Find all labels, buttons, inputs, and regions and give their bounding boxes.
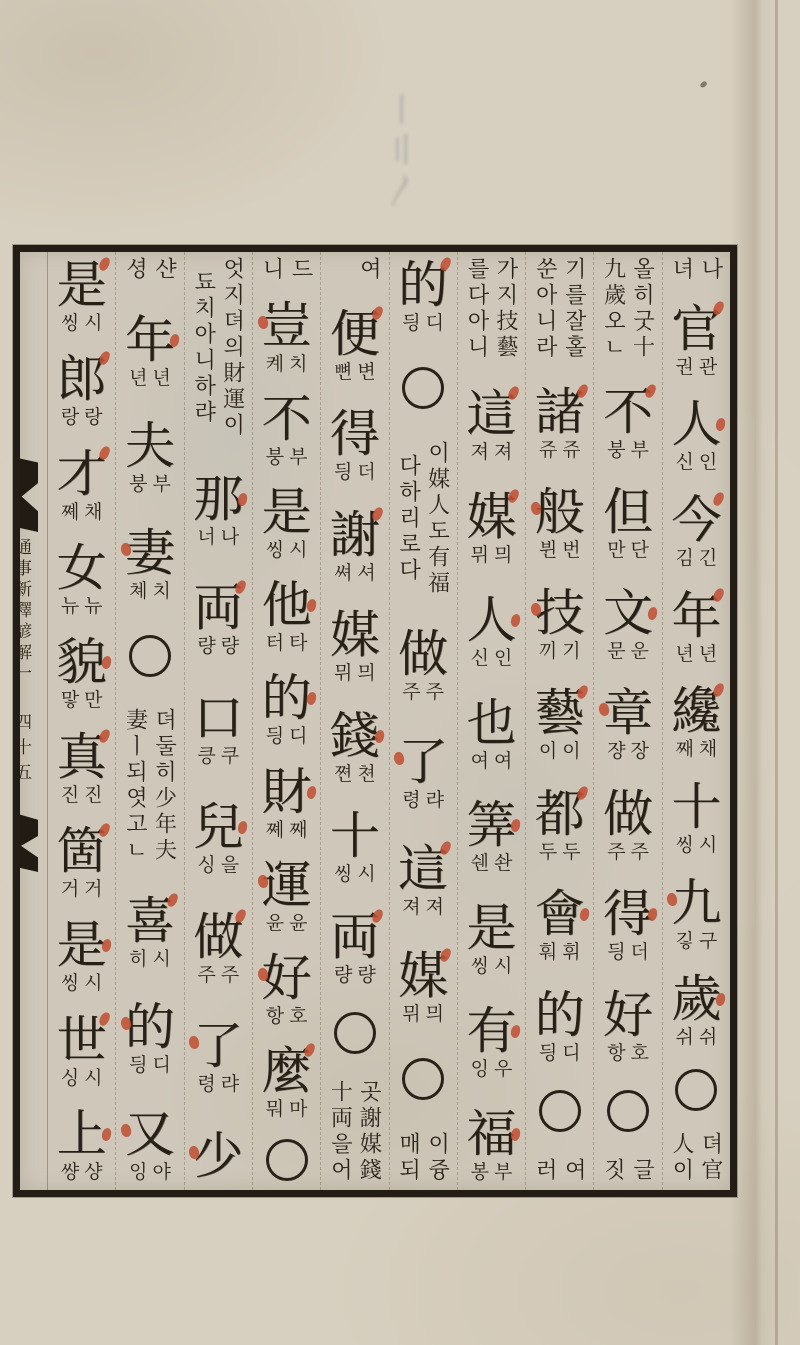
gloss-right: 더: [357, 462, 375, 484]
hanja-char: 得: [330, 406, 380, 462]
page-edge-line: [775, 0, 778, 1345]
hanja-with-gloss: 喜히시: [125, 893, 175, 971]
hangul-gloss-pair: 뉴뉴: [61, 596, 103, 618]
hangul-gloss-pair: 뷘번: [539, 540, 581, 562]
hanja-with-gloss: 章쟝장: [603, 685, 653, 763]
hanja-char: 歲: [671, 971, 721, 1027]
hangul-gloss-pair: 령랴: [197, 1074, 239, 1096]
gloss-left: 뮈: [334, 663, 352, 685]
hanja-with-gloss: 箇거거: [57, 823, 107, 901]
gloss-left: 킁: [197, 746, 215, 768]
hanja-with-gloss: 的딍디: [398, 257, 448, 335]
gloss-left: 쳬: [129, 581, 147, 603]
hangul-gloss-pair: 킁쿠: [197, 746, 239, 768]
gloss-left: 딍: [129, 1055, 147, 1077]
hangul-gloss-pair: 맣만: [61, 690, 103, 712]
gloss-left: 년: [129, 368, 147, 390]
hanja-char: 是: [262, 484, 312, 540]
hanja-char: 便: [330, 306, 380, 362]
gloss-right: 을: [221, 855, 239, 877]
hanja-char: 兒: [193, 799, 243, 855]
gloss-right: 만: [84, 690, 102, 712]
hangul-gloss-pair: 문운: [607, 641, 649, 663]
text-column-4: 를다아니가지技藝這져져媒뮈믜人신인也여여筭쉔솬是씽시有잉우福봉부: [458, 252, 526, 1190]
hanja-with-gloss: 但만단: [603, 484, 653, 562]
hangul-gloss-pair: 항호: [266, 1006, 308, 1028]
hanja-with-gloss: 有잉우: [466, 1003, 516, 1081]
hangul-gloss-pair: 깋구: [675, 931, 717, 953]
hanja-char: 做: [193, 909, 243, 965]
gloss-left: 훠: [539, 942, 557, 964]
gloss-left: 항: [607, 1043, 625, 1065]
hanja-with-gloss: 好항호: [262, 950, 312, 1028]
hanja-char: 文: [603, 585, 653, 641]
gloss-right: 채: [699, 739, 717, 761]
hangul-gloss-pair: 김긴: [675, 548, 717, 570]
gloss-left: 윤: [266, 913, 284, 935]
hanja-with-gloss: 財쪠째: [262, 764, 312, 842]
gloss-left: 뷘: [539, 540, 557, 562]
hangul-gloss-pair: 져져: [402, 897, 444, 919]
gloss-right: 주: [221, 965, 239, 987]
hangul-gloss-pair: 훠휘: [539, 942, 581, 964]
gloss-right: 시: [289, 540, 307, 562]
gloss-left: 붕: [129, 474, 147, 496]
hanja-char: 又: [125, 1106, 175, 1162]
hanja-with-gloss: 文문운: [603, 585, 653, 663]
section-circle-separator: [539, 1090, 581, 1132]
hanja-char: 的: [125, 999, 175, 1055]
gloss-right: 디: [152, 1055, 170, 1077]
gloss-right: 호: [289, 1006, 307, 1028]
gloss-right: 믜: [357, 663, 375, 685]
gloss-left: 주: [402, 682, 420, 704]
hanja-char: 不: [603, 384, 653, 440]
hanja-char: 両: [193, 580, 243, 636]
hangul-gloss-pair: 씽시: [61, 973, 103, 995]
hanja-with-gloss: 這져져: [466, 386, 516, 464]
translation-left-line: 니: [259, 257, 285, 283]
gloss-left: 맣: [61, 690, 79, 712]
hanja-with-gloss: 世싱시: [57, 1012, 107, 1090]
hanja-char: 郎: [57, 351, 107, 407]
text-column-8: 됴치아니하랴엇지뎌의財運이那너나両량량口킁쿠兒싱을做주주了령랴少: [185, 252, 253, 1190]
hangul-gloss-pair: 잉야: [129, 1162, 171, 1184]
gloss-left: 뮈: [402, 1004, 420, 1026]
hanja-char: 年: [671, 588, 721, 644]
gloss-right: 진: [84, 785, 102, 807]
hanja-with-gloss: 今김긴: [671, 492, 721, 570]
printed-text-frame: 通事新釋諺解一 四十五 녀나官권관人신인今김긴年년년纔째채十씽시九깋구歲쉬쉬人이…: [13, 245, 737, 1197]
hangul-gloss-pair: 쉔솬: [471, 853, 513, 875]
hanja-with-gloss: 官권관: [671, 301, 721, 379]
gloss-right: 인: [494, 648, 512, 670]
gloss-right: 여: [494, 751, 512, 773]
gloss-right: 장: [631, 741, 649, 763]
gloss-left: 량: [197, 636, 215, 658]
gloss-left: 주: [197, 965, 215, 987]
hangul-gloss-pair: 진진: [61, 785, 103, 807]
hanja-char: 両: [330, 909, 380, 965]
hangul-gloss-pair: 뮈믜: [402, 1004, 444, 1026]
gloss-right: 년: [699, 644, 717, 666]
hanja-char: 那: [193, 471, 243, 527]
hangul-gloss-pair: 끼기: [539, 641, 581, 663]
translation-text: 러여: [532, 1158, 587, 1184]
gloss-left: 져: [471, 442, 489, 464]
gloss-left: 쟝: [607, 741, 625, 763]
text-column-10: 是씽시郎랑랑才쪠채女뉴뉴貌맣만真진진箇거거是씽시世싱시上썅샹: [48, 252, 116, 1190]
gloss-right: 량: [357, 965, 375, 987]
hangul-gloss-pair: 권관: [675, 357, 717, 379]
hanja-char: 十: [671, 779, 721, 835]
gloss-left: 랑: [61, 407, 79, 429]
hangul-gloss-pair: 쪠채: [61, 502, 103, 524]
hangul-gloss-pair: 째채: [675, 739, 717, 761]
translation-text: 니드: [259, 257, 314, 283]
gloss-right: 시: [699, 835, 717, 857]
hanja-char: 九: [671, 875, 721, 931]
hanja-char: 的: [398, 257, 448, 313]
gloss-left: 딍: [334, 462, 352, 484]
text-column-5: 的딍디다하리로다이媒人도有福做주주了령랴這져져媒뮈믜매되이즁: [390, 252, 458, 1190]
gloss-left: 쪠: [266, 820, 284, 842]
hanja-with-gloss: 運윤윤: [262, 857, 312, 935]
gloss-left: 두: [539, 842, 557, 864]
hangul-gloss-pair: 씽시: [675, 835, 717, 857]
hanja-with-gloss: 的딍디: [125, 999, 175, 1077]
hanja-char: 麼: [262, 1043, 312, 1099]
text-columns: 녀나官권관人신인今김긴年년년纔째채十씽시九깋구歲쉬쉬人이뎌官九歲오ㄴ올히굿十不붕…: [48, 252, 730, 1190]
hanja-with-gloss: 不붕부: [603, 384, 653, 462]
text-column-3: 쑨아니라기를잘홀諸쥬쥬般뷘번技끼기藝이이都두두會훠휘的딍디러여: [526, 252, 594, 1190]
hanja-char: 不: [262, 391, 312, 447]
hanja-char: 錢: [330, 708, 380, 764]
hangul-gloss-pair: 령랴: [402, 790, 444, 812]
gloss-right: 째: [289, 820, 307, 842]
hanja-char: 媒: [398, 948, 448, 1004]
hangul-gloss-pair: 년년: [129, 368, 171, 390]
translation-left-line: 다하리로다: [396, 441, 422, 597]
translation-right-line: 샨: [151, 257, 177, 283]
translation-text: 를다아니가지技藝: [464, 257, 519, 361]
translation-left-line: [327, 257, 353, 283]
gloss-right: 시: [84, 313, 102, 335]
gloss-left: 씽: [471, 956, 489, 978]
hanja-char: 好: [603, 987, 653, 1043]
hangul-gloss-pair: 딍디: [539, 1043, 581, 1065]
hanja-with-gloss: 是씽시: [57, 917, 107, 995]
translation-text: 됴치아니하랴엇지뎌의財運이: [191, 257, 246, 439]
hangul-gloss-pair: 져져: [471, 442, 513, 464]
gloss-left: 붕: [607, 440, 625, 462]
translation-text: 셩샨: [122, 257, 177, 283]
hanja-with-gloss: 人신인: [466, 592, 516, 670]
gloss-left: 딍: [266, 726, 284, 748]
hangul-gloss-pair: 씽시: [266, 540, 308, 562]
gloss-right: 부: [631, 440, 649, 462]
hanja-with-gloss: 那너나: [193, 471, 243, 549]
gloss-left: 히: [129, 949, 147, 971]
gloss-right: 디: [289, 726, 307, 748]
hanja-char: 的: [262, 670, 312, 726]
gloss-right: 시: [84, 973, 102, 995]
hanja-with-gloss: 筭쉔솬: [466, 797, 516, 875]
hanja-with-gloss: 歲쉬쉬: [671, 971, 721, 1049]
hanja-char: 媒: [466, 489, 516, 545]
gloss-right: 디: [426, 313, 444, 335]
hanja-with-gloss: 不붕부: [262, 391, 312, 469]
gloss-right: 시: [494, 956, 512, 978]
hanja-char: 都: [535, 786, 585, 842]
hanja-with-gloss: 是씽시: [466, 900, 516, 978]
hanja-char: 運: [262, 857, 312, 913]
text-column-2: 九歲오ㄴ올히굿十不붕부但만단文문운章쟝장做주주得딍더好항호짓글: [594, 252, 662, 1190]
hanja-with-gloss: 會훠휘: [535, 886, 585, 964]
hanja-with-gloss: 両량량: [330, 909, 380, 987]
hanja-char: 福: [466, 1106, 516, 1162]
hangul-gloss-pair: 딍디: [266, 726, 308, 748]
hangul-gloss-pair: 딍더: [334, 462, 376, 484]
hanja-char: 纔: [671, 683, 721, 739]
hanja-with-gloss: 技끼기: [535, 585, 585, 663]
hangul-gloss-pair: 붕부: [129, 474, 171, 496]
gloss-right: 쳔: [357, 764, 375, 786]
gloss-left: 진: [61, 785, 79, 807]
gloss-left: 붕: [266, 447, 284, 469]
gloss-left: 씽: [61, 973, 79, 995]
gloss-right: 인: [699, 452, 717, 474]
hanja-char: 人: [671, 396, 721, 452]
hanja-char: 會: [535, 886, 585, 942]
hanja-with-gloss: 媒뮈믜: [330, 607, 380, 685]
hanja-with-gloss: 上썅샹: [57, 1106, 107, 1184]
gloss-right: 긴: [699, 548, 717, 570]
gloss-left: 딍: [607, 942, 625, 964]
gloss-right: 믜: [426, 1004, 444, 1026]
hangul-gloss-pair: 히시: [129, 949, 171, 971]
hangul-gloss-pair: 딍디: [129, 1055, 171, 1077]
hangul-gloss-pair: 딍더: [607, 942, 649, 964]
hanja-with-gloss: 豈켸치: [262, 298, 312, 376]
gloss-right: 단: [631, 540, 649, 562]
hanja-char: 技: [535, 585, 585, 641]
gloss-right: 부: [152, 474, 170, 496]
hangul-gloss-pair: 딍디: [402, 313, 444, 335]
section-circle-separator: [402, 367, 444, 409]
gloss-right: 랴: [426, 790, 444, 812]
hangul-gloss-pair: 신인: [471, 648, 513, 670]
gloss-left: 딍: [402, 313, 420, 335]
hanja-with-gloss: 便뼌변: [330, 306, 380, 384]
hanja-char: 真: [57, 729, 107, 785]
gloss-left: 딍: [539, 1043, 557, 1065]
gloss-left: 쪈: [334, 764, 352, 786]
gloss-right: 져: [426, 897, 444, 919]
hanja-char: 了: [398, 734, 448, 790]
translation-right-line: 곳謝媒錢: [356, 1080, 382, 1184]
hanja-char: 官: [671, 301, 721, 357]
ink-speck: [699, 81, 708, 89]
hanja-with-gloss: 九깋구: [671, 875, 721, 953]
hanja-char: 年: [125, 312, 175, 368]
gloss-left: 주: [607, 842, 625, 864]
translation-left-line: 셩: [122, 257, 148, 283]
gloss-right: 시: [152, 949, 170, 971]
hangul-gloss-pair: 거거: [61, 879, 103, 901]
hangul-gloss-pair: 쥬쥬: [539, 440, 581, 462]
gloss-left: 씽: [334, 864, 352, 886]
gloss-right: 부: [289, 447, 307, 469]
gloss-right: 부: [494, 1162, 512, 1184]
translation-right-line: 여: [356, 257, 382, 283]
hanja-with-gloss: 的딍디: [535, 987, 585, 1065]
gloss-left: 량: [334, 965, 352, 987]
hangul-gloss-pair: 뮈믜: [334, 663, 376, 685]
hangul-gloss-pair: 윤윤: [266, 913, 308, 935]
hanja-with-gloss: 年년년: [671, 588, 721, 666]
hanja-char: 有: [466, 1003, 516, 1059]
gloss-right: 윤: [289, 913, 307, 935]
gloss-left: 신: [675, 452, 693, 474]
hangul-gloss-pair: 쟝장: [607, 741, 649, 763]
translation-left-line: 妻ㅣ되엿고ㄴ: [122, 708, 148, 864]
gloss-left: 싱: [61, 1068, 79, 1090]
hangul-gloss-pair: 량량: [334, 965, 376, 987]
section-circle-separator: [607, 1090, 649, 1132]
hanja-with-gloss: 真진진: [57, 729, 107, 807]
translation-right-line: 드: [288, 257, 314, 283]
hanja-char: 的: [535, 987, 585, 1043]
hanja-with-gloss: 得딍더: [330, 406, 380, 484]
gloss-left: 쎠: [334, 563, 352, 585]
spine-page-number: 四十五: [20, 713, 30, 788]
hanja-char: 得: [603, 886, 653, 942]
translation-text: 짓글: [601, 1158, 656, 1184]
hanja-with-gloss: 口킁쿠: [193, 690, 243, 768]
hanja-char: 藝: [535, 685, 585, 741]
hangul-gloss-pair: 싱을: [197, 855, 239, 877]
hanja-with-gloss: 謝쎠셔: [330, 507, 380, 585]
hanja-with-gloss: 両량량: [193, 580, 243, 658]
hanja-with-gloss: 是씽시: [57, 257, 107, 335]
translation-right-line: 뎌둘히少年夫: [151, 708, 177, 864]
hanja-with-gloss: 諸쥬쥬: [535, 384, 585, 462]
translation-right-line: 여: [561, 1158, 587, 1184]
gloss-left: 썅: [61, 1162, 79, 1184]
gloss-left: 쥬: [539, 440, 557, 462]
hanja-with-gloss: 般뷘번: [535, 484, 585, 562]
gloss-right: 이: [562, 741, 580, 763]
section-circle-separator: [402, 1058, 444, 1100]
gloss-right: 랑: [84, 407, 102, 429]
text-column-9: 셩샨年년년夫붕부妻쳬치妻ㅣ되엿고ㄴ뎌둘히少年夫喜히시的딍디又잉야: [116, 252, 184, 1190]
hanja-char: 口: [193, 690, 243, 746]
translation-text: 九歲오ㄴ올히굿十: [601, 257, 656, 361]
hanja-with-gloss: 麼뭐마: [262, 1043, 312, 1121]
hanja-with-gloss: 媒뮈믜: [398, 948, 448, 1026]
hanja-char: 世: [57, 1012, 107, 1068]
gloss-right: 솬: [494, 853, 512, 875]
hanja-char: 女: [57, 540, 107, 596]
hanja-with-gloss: 年년년: [125, 312, 175, 390]
hangul-gloss-pair: 뭐마: [266, 1099, 308, 1121]
translation-text: 人이뎌官: [669, 1132, 724, 1184]
gloss-right: 기: [562, 641, 580, 663]
translation-left-line: 러: [532, 1158, 558, 1184]
gloss-left: 문: [607, 641, 625, 663]
translation-text: 妻ㅣ되엿고ㄴ뎌둘히少年夫: [122, 708, 177, 864]
hangul-gloss-pair: 쳬치: [129, 581, 171, 603]
hanja-char: 人: [466, 592, 516, 648]
hangul-gloss-pair: 년년: [675, 644, 717, 666]
gloss-right: 믜: [494, 545, 512, 567]
hanja-with-gloss: 貌맣만: [57, 634, 107, 712]
hanja-with-gloss: 少: [193, 1128, 243, 1184]
hanja-char: 是: [466, 900, 516, 956]
gloss-right: 셔: [357, 563, 375, 585]
fishtail-ornament-upper: [20, 458, 38, 532]
gloss-right: 주: [426, 682, 444, 704]
gloss-left: 씽: [675, 835, 693, 857]
translation-text: 녀나: [669, 257, 724, 283]
translation-left-line: 쑨아니라: [532, 257, 558, 361]
gloss-left: 거: [61, 879, 79, 901]
hanja-with-gloss: 十씽시: [330, 808, 380, 886]
translation-left-line: 를다아니: [464, 257, 490, 361]
gloss-right: 관: [699, 357, 717, 379]
gloss-left: 쉬: [675, 1027, 693, 1049]
hanja-with-gloss: 女뉴뉴: [57, 540, 107, 618]
hanja-with-gloss: 做주주: [193, 909, 243, 987]
hanja-char: 是: [57, 257, 107, 313]
gloss-left: 만: [607, 540, 625, 562]
gloss-right: 시: [84, 1068, 102, 1090]
translation-right-line: 이媒人도有福: [425, 441, 451, 597]
translation-left-line: 九歲오ㄴ: [601, 257, 627, 361]
section-circle-separator: [675, 1069, 717, 1111]
hangul-gloss-pair: 쎠셔: [334, 563, 376, 585]
hanja-char: 是: [57, 917, 107, 973]
hanja-char: 貌: [57, 634, 107, 690]
hanja-char: 夫: [125, 418, 175, 474]
hanja-with-gloss: 十씽시: [671, 779, 721, 857]
gloss-right: 량: [221, 636, 239, 658]
spine-title: 通事新釋諺解一: [20, 538, 30, 685]
gloss-left: 김: [675, 548, 693, 570]
gloss-left: 터: [266, 633, 284, 655]
translation-right-line: 이즁: [425, 1132, 451, 1184]
hanja-with-gloss: 媒뮈믜: [466, 489, 516, 567]
translation-text: 十両을어곳謝媒錢: [327, 1080, 382, 1184]
hanja-char: 但: [603, 484, 653, 540]
gloss-right: 샹: [84, 1162, 102, 1184]
gloss-left: 령: [197, 1074, 215, 1096]
hanja-char: 財: [262, 764, 312, 820]
hangul-gloss-pair: 씽시: [334, 864, 376, 886]
hangul-gloss-pair: 붕부: [607, 440, 649, 462]
gloss-right: 타: [289, 633, 307, 655]
translation-text: 여: [327, 257, 382, 283]
hanja-char: 箇: [57, 823, 107, 879]
hanja-with-gloss: 才쪠채: [57, 446, 107, 524]
hanja-with-gloss: 兒싱을: [193, 799, 243, 877]
hanja-char: 才: [57, 446, 107, 502]
hanja-with-gloss: 又잉야: [125, 1106, 175, 1184]
gloss-right: 구: [699, 931, 717, 953]
translation-right-line: 뎌官: [698, 1132, 724, 1184]
gloss-left: 항: [266, 1006, 284, 1028]
